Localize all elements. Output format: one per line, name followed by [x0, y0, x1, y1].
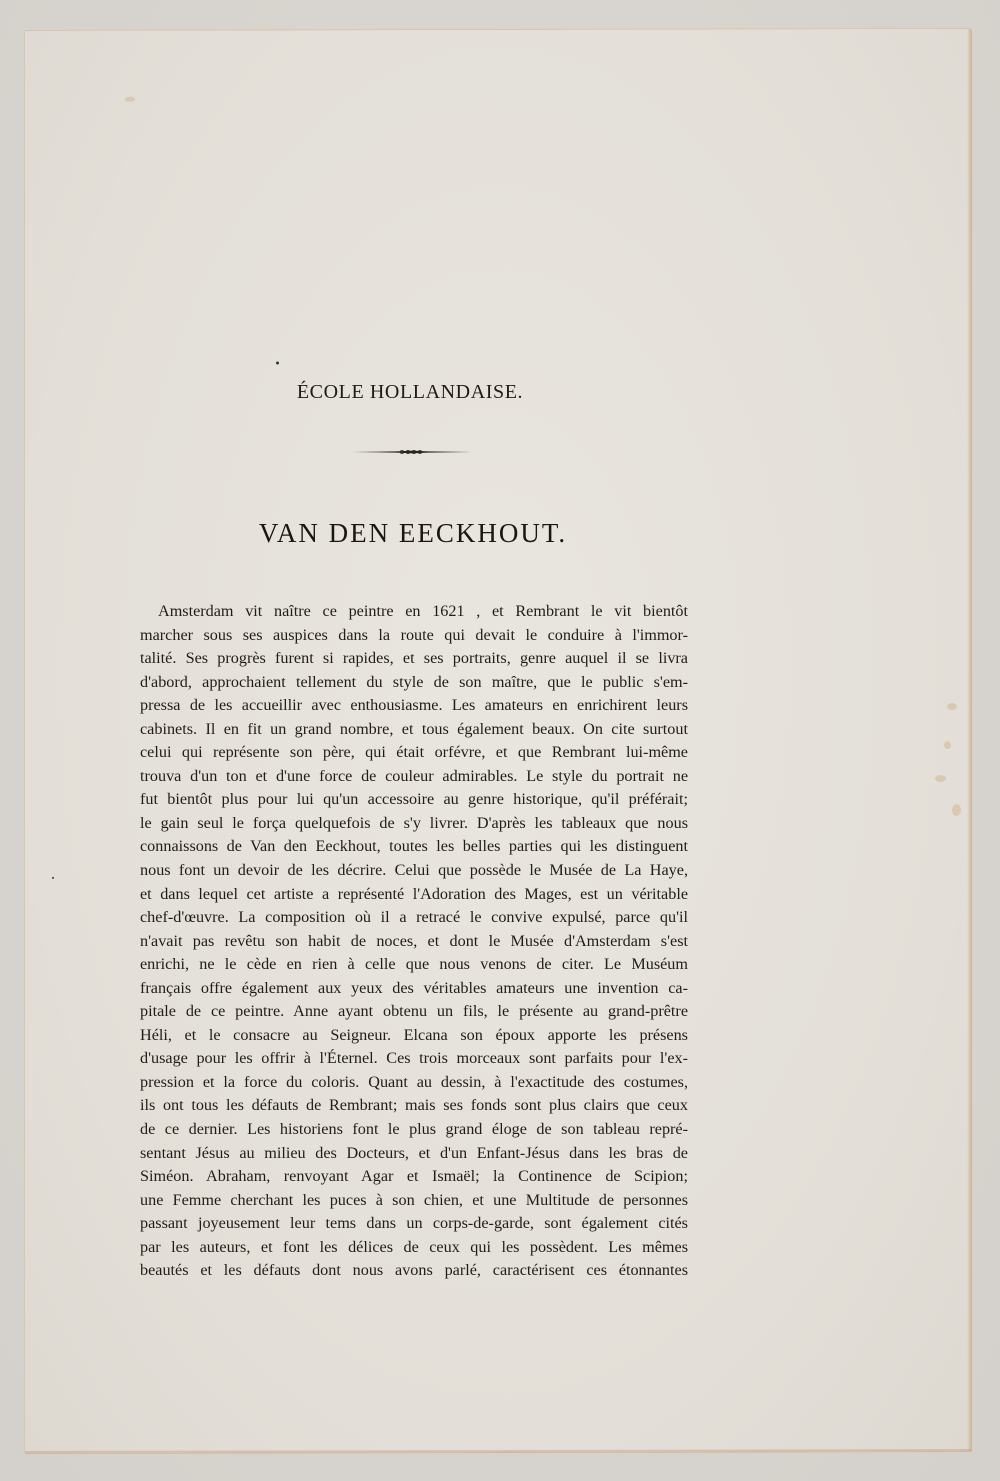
text-line: de ce dernier. Les historiens font le pl…: [140, 1118, 688, 1142]
text-line: passant joyeusement leur tems dans un co…: [140, 1212, 688, 1236]
decorative-rule-ornament-icon: [352, 448, 472, 456]
text-line: connaissons de Van den Eeckhout, toutes …: [140, 835, 688, 859]
foxing-stain: [952, 804, 961, 816]
foxing-stain: [944, 741, 951, 749]
text-line: ils ont tous les défauts de Rembrant; ma…: [140, 1094, 688, 1118]
text-line: d'usage pour les offrir à l'Éternel. Ces…: [140, 1047, 688, 1071]
text-line: par les auteurs, et font les délices de …: [140, 1236, 688, 1260]
text-line: fut bientôt plus pour lui qu'un accessoi…: [140, 788, 688, 812]
text-line: Amsterdam vit naître ce peintre en 1621 …: [140, 600, 688, 624]
text-line: beautés et les défauts dont nous avons p…: [140, 1259, 688, 1283]
text-line: le gain seul le força quelquefois de s'y…: [140, 812, 688, 836]
body-paragraph: Amsterdam vit naître ce peintre en 1621 …: [140, 600, 688, 1283]
text-line: français offre également aux yeux des vé…: [140, 977, 688, 1001]
text-line: marcher sous ses auspices dans la route …: [140, 624, 688, 648]
text-line: Héli, et le consacre au Seigneur. Elcana…: [140, 1024, 688, 1048]
text-line: et dans lequel cet artiste a représenté …: [140, 883, 688, 907]
foxing-stain: [947, 703, 957, 710]
text-line: pressa de les accueillir avec enthousias…: [140, 694, 688, 718]
text-line: cabinets. Il en fit un grand nombre, et …: [140, 718, 688, 742]
text-line: pression et la force du coloris. Quant a…: [140, 1071, 688, 1095]
foxing-stain: [125, 97, 135, 102]
foxing-stain: [935, 775, 946, 782]
text-line: n'avait pas revêtu son habit de noces, e…: [140, 930, 688, 954]
text-line: sentant Jésus au milieu des Docteurs, et…: [140, 1142, 688, 1166]
text-line: chef-d'œuvre. La composition où il a ret…: [140, 906, 688, 930]
text-line: pitale de ce peintre. Anne ayant obtenu …: [140, 1000, 688, 1024]
text-line: trouva d'un ton et d'une force de couleu…: [140, 765, 688, 789]
artist-heading: VAN DEN EECKHOUT.: [0, 518, 826, 549]
text-line: une Femme cherchant les puces à son chie…: [140, 1189, 688, 1213]
text-line: celui qui représente son père, qui était…: [140, 741, 688, 765]
text-line: Siméon. Abraham, renvoyant Agar et Ismaë…: [140, 1165, 688, 1189]
text-line: talité. Ses progrès furent si rapides, e…: [140, 647, 688, 671]
paper-speck: [276, 361, 279, 364]
school-heading: ÉCOLE HOLLANDAISE.: [0, 381, 820, 404]
text-line: nous font un devoir de les décrire. Celu…: [140, 859, 688, 883]
text-line: d'abord, approchaient tellement du style…: [140, 671, 688, 695]
text-line: enrichi, ne le cède en rien à celle que …: [140, 953, 688, 977]
paper-speck: [52, 877, 54, 879]
